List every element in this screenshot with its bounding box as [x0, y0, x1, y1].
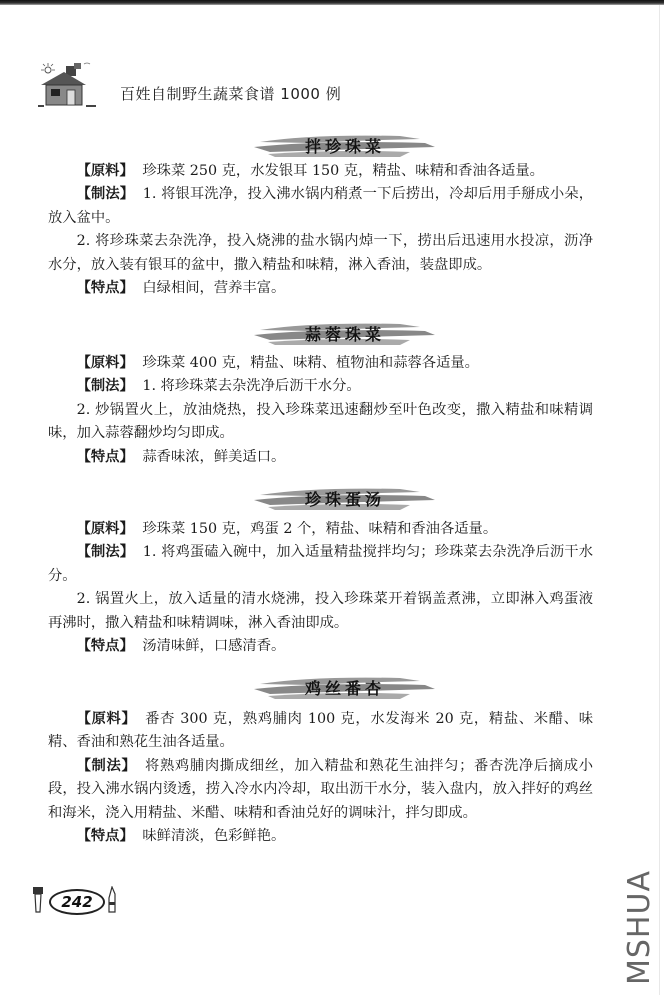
scan-top-edge [0, 0, 664, 5]
house-icon [38, 60, 98, 110]
method-step: 1. 将珍珠菜去杂洗净后沥干水分。 [142, 378, 360, 394]
features-text: 白绿相间，营养丰富。 [142, 280, 285, 296]
recipe-body: 【原料】珍珠菜 150 克，鸡蛋 2 个，精盐、味精和香油各适量。 【制法】1.… [48, 518, 593, 658]
features-label: 【特点】 [77, 449, 134, 465]
knife-icon [106, 886, 118, 914]
ingredients-label: 【原料】 [77, 163, 134, 179]
ingredients-text: 珍珠菜 150 克，鸡蛋 2 个，精盐、味精和香油各适量。 [142, 521, 497, 537]
ingredients-text: 珍珠菜 250 克，水发银耳 150 克，精盐、味精和香油各适量。 [142, 163, 544, 179]
features-label: 【特点】 [77, 638, 134, 654]
ingredients-label: 【原料】 [77, 711, 137, 727]
method-label: 【制法】 [77, 186, 135, 202]
method-label: 【制法】 [77, 544, 135, 560]
features-text: 味鲜清淡，色彩鲜艳。 [142, 828, 285, 844]
ingredients-label: 【原料】 [77, 355, 134, 371]
features-label: 【特点】 [77, 828, 134, 844]
features-label: 【特点】 [77, 280, 134, 296]
recipe-title: 珍珠蛋汤 [305, 487, 385, 510]
recipe-title-banner: 珍珠蛋汤 [250, 483, 440, 513]
page-right-edge [659, 5, 660, 995]
recipe-body: 【原料】番杏 300 克，熟鸡脯肉 100 克，水发海米 20 克，精盐、米醋、… [48, 708, 593, 848]
recipe-title-banner: 蒜蓉珠菜 [250, 318, 440, 348]
method-step: 2. 锅置火上，放入适量的清水烧沸，投入珍珠菜开着锅盖煮沸，立即淋入鸡蛋液再沸时… [48, 591, 593, 630]
book-title: 百姓自制野生蔬菜食谱 1000 例 [120, 83, 341, 104]
features-text: 蒜香味浓，鲜美适口。 [142, 449, 285, 465]
method-step: 2. 炒锅置火上，放油烧热，投入珍珠菜迅速翻炒至叶色改变，撒入精盐和味精调味，加… [48, 402, 593, 441]
page-footer: 242 [30, 884, 130, 916]
recipe-title-banner: 拌珍珠菜 [250, 130, 440, 160]
ingredients-label: 【原料】 [77, 521, 134, 537]
watermark: MSHUA [622, 870, 657, 985]
method-label: 【制法】 [77, 378, 134, 394]
running-head: 百姓自制野生蔬菜食谱 1000 例 [38, 60, 341, 110]
recipe-body: 【原料】珍珠菜 400 克，精盐、味精、植物油和蒜蓉各适量。 【制法】1. 将珍… [48, 352, 593, 469]
ingredients-text: 珍珠菜 400 克，精盐、味精、植物油和蒜蓉各适量。 [142, 355, 479, 371]
features-text: 汤清味鲜，口感清香。 [142, 638, 285, 654]
recipe-title: 拌珍珠菜 [305, 134, 385, 157]
recipe-title-banner: 鸡丝番杏 [250, 672, 440, 702]
recipe-body: 【原料】珍珠菜 250 克，水发银耳 150 克，精盐、味精和香油各适量。 【制… [48, 160, 593, 300]
method-step: 2. 将珍珠菜去杂洗净，投入烧沸的盐水锅内焯一下，捞出后迅速用水投凉，沥净水分，… [48, 233, 593, 272]
page-number: 242 [49, 889, 105, 915]
recipe-title: 鸡丝番杏 [305, 676, 385, 699]
method-label: 【制法】 [77, 758, 137, 774]
fork-icon [32, 886, 44, 914]
recipe-title: 蒜蓉珠菜 [305, 322, 385, 345]
